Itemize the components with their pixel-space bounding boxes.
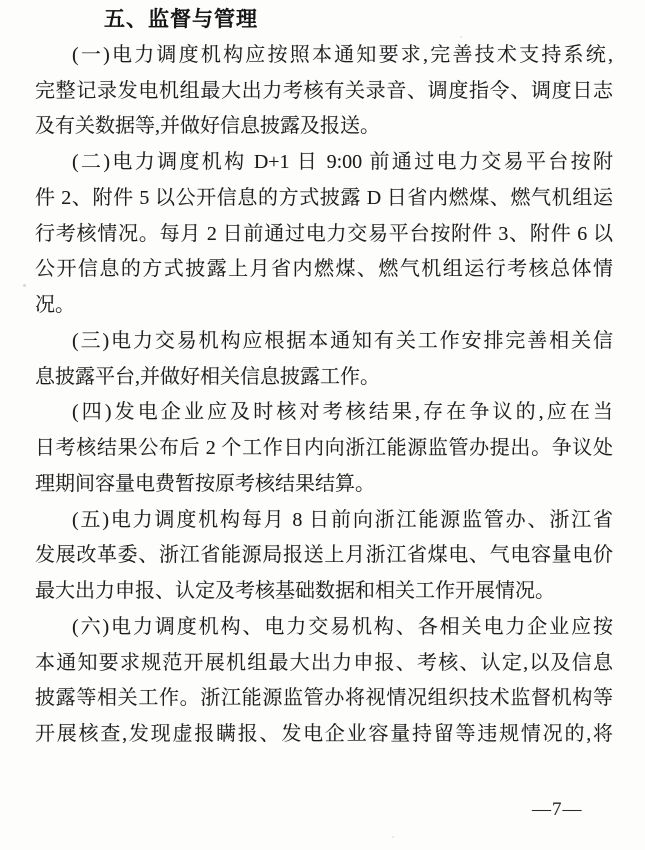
document-body: 五、监督与管理 (一)电力调度机构应按照本通知要求,完善技术支持系统,完整记录发… (35, 2, 613, 753)
paragraph: (三)电力交易机构应根据本通知有关工作安排完善相关信息披露平台,并做好相关信息披… (35, 324, 613, 396)
text-line: 完整记录发电机组最大出力考核有关录音、调度指令、调度日志 (35, 74, 613, 110)
section-heading: 五、监督与管理 (104, 2, 613, 38)
text-line: (六)电力调度机构、电力交易机构、各相关电力企业应按 (35, 610, 613, 646)
text-line: (一)电力调度机构应按照本通知要求,完善技术支持系统, (35, 38, 613, 74)
paragraph: (六)电力调度机构、电力交易机构、各相关电力企业应按本通知要求规范开展机组最大出… (35, 610, 613, 753)
text-line: 披露等相关工作。浙江能源监管办将视情况组织技术监督机构等 (35, 681, 613, 717)
paragraph: (二)电力调度机构 D+1 日 9:00 前通过电力交易平台按附件 2、附件 5… (35, 145, 613, 324)
scan-speck (392, 836, 394, 838)
text-line: 行考核情况。每月 2 日前通过电力交易平台按附件 3、附件 6 以 (35, 217, 613, 253)
scan-speck (575, 337, 578, 339)
paragraph: (一)电力调度机构应按照本通知要求,完善技术支持系统,完整记录发电机组最大出力考… (35, 38, 613, 145)
text-line: (四)发电企业应及时核对考核结果,存在争议的,应在当 (35, 395, 613, 431)
scan-speck (214, 381, 217, 383)
text-line: 发展改革委、浙江省能源局报送上月浙江省煤电、气电容量电价 (35, 538, 613, 574)
page-number: —7— (532, 799, 583, 821)
paragraph: (四)发电企业应及时核对考核结果,存在争议的,应在当日考核结果公布后 2 个工作… (35, 395, 613, 502)
text-line: 日考核结果公布后 2 个工作日内向浙江能源监管办提出。争议处 (35, 431, 613, 467)
text-line: 息披露平台,并做好相关信息披露工作。 (35, 360, 613, 396)
scan-speck (23, 284, 26, 287)
text-line: 理期间容量电费暂按原考核结果结算。 (35, 467, 613, 503)
scan-speck (460, 36, 462, 38)
text-line: 最大出力申报、认定及考核基础数据和相关工作开展情况。 (35, 574, 613, 610)
text-line: (五)电力调度机构每月 8 日前向浙江能源监管办、浙江省 (35, 503, 613, 539)
text-line: 件 2、附件 5 以公开信息的方式披露 D 日省内燃煤、燃气机组运 (35, 181, 613, 217)
text-line: 及有关数据等,并做好信息披露及报送。 (35, 109, 613, 145)
text-line: (三)电力交易机构应根据本通知有关工作安排完善相关信 (35, 324, 613, 360)
text-line: 况。 (35, 288, 613, 324)
text-line: 公开信息的方式披露上月省内燃煤、燃气机组运行考核总体情 (35, 252, 613, 288)
paragraph: (五)电力调度机构每月 8 日前向浙江能源监管办、浙江省发展改革委、浙江省能源局… (35, 503, 613, 610)
paragraph-list: (一)电力调度机构应按照本通知要求,完善技术支持系统,完整记录发电机组最大出力考… (35, 38, 613, 753)
text-line: (二)电力调度机构 D+1 日 9:00 前通过电力交易平台按附 (35, 145, 613, 181)
text-line: 开展核查,发现虚报瞒报、发电企业容量持留等违规情况的,将 (35, 717, 613, 753)
document-page: 五、监督与管理 (一)电力调度机构应按照本通知要求,完善技术支持系统,完整记录发… (0, 0, 645, 850)
text-line: 本通知要求规范开展机组最大出力申报、考核、认定,以及信息 (35, 646, 613, 682)
